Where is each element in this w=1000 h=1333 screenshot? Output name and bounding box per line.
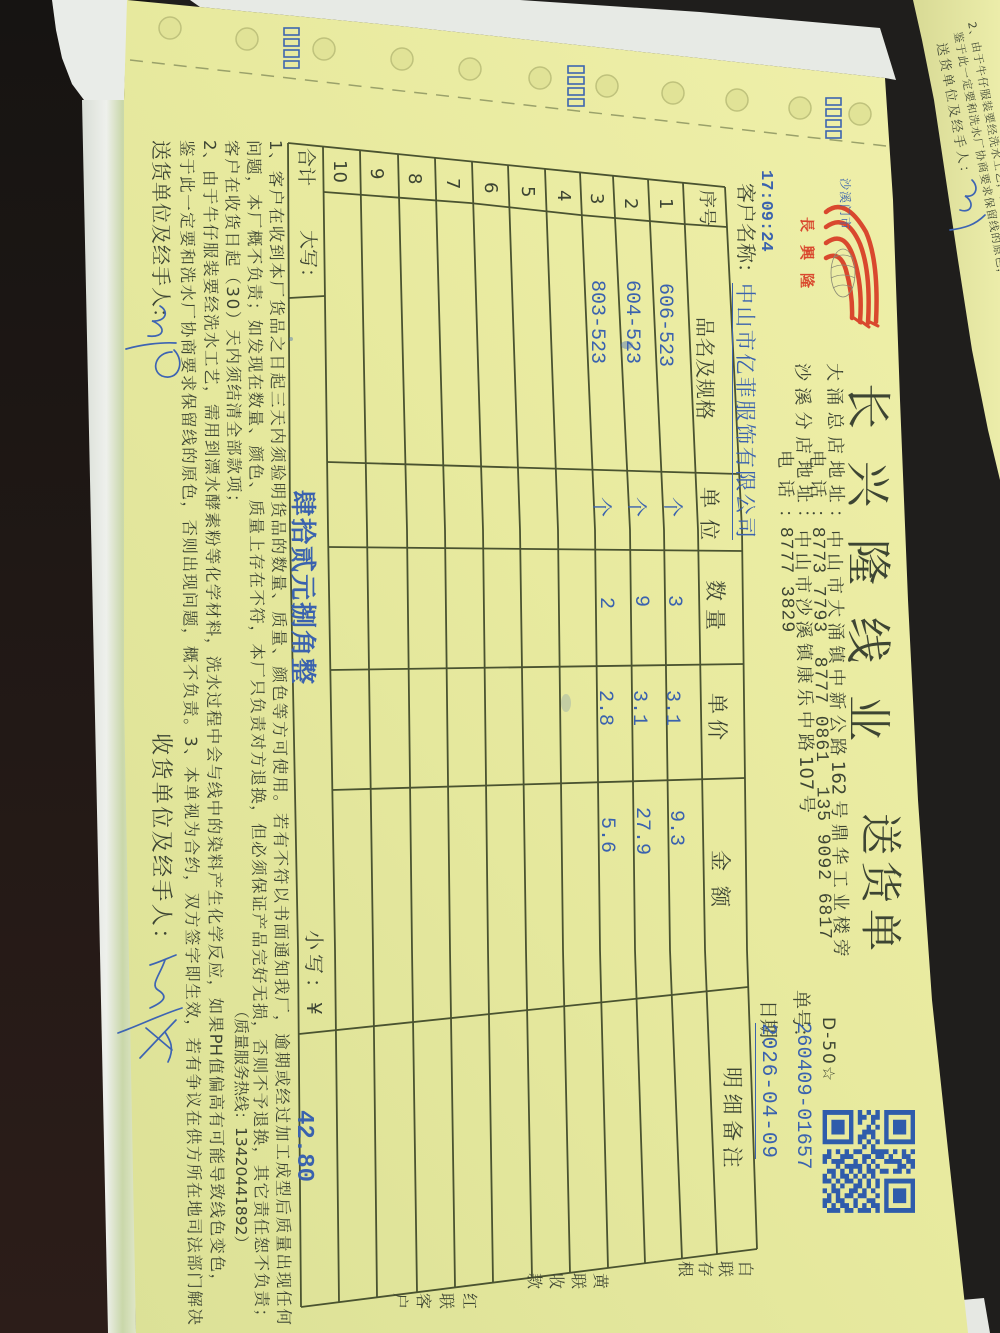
receiver-signature-icon [118, 955, 182, 1062]
photo-stage: 送货单位及经手人： 鉴于此一定要和洗水厂协商要求保留线的原色， 2、由于牛仔服装… [0, 0, 1000, 1333]
sender-signature-icon [126, 306, 180, 377]
background-signature-icon [950, 180, 985, 230]
ink-overlay [0, 0, 1000, 1333]
